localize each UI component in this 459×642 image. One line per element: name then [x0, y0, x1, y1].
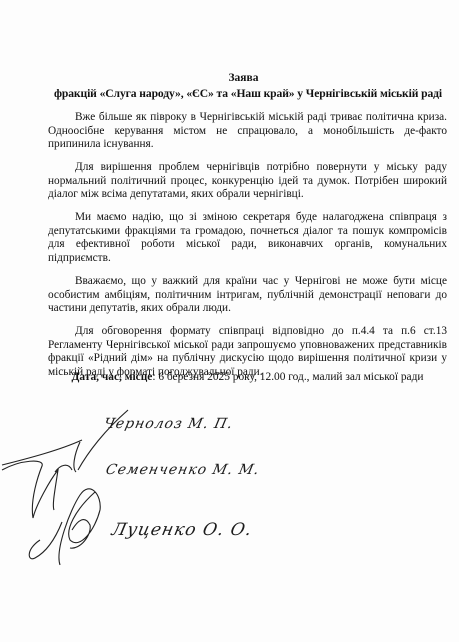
document-title: Заява [0, 71, 459, 85]
date-line-label: Дата, час, місце [71, 371, 152, 383]
signature-name-2: Семенченко М. М. [104, 462, 261, 478]
date-line-value: : 6 березня 2025 року, 12.00 год., малий… [152, 371, 423, 383]
signature-name-1: Чернолоз М. П. [102, 416, 234, 432]
document-subtitle: фракцій «Слуга народу», «ЄС» та «Наш кра… [48, 87, 448, 101]
paragraph-2: Для вирішення проблем чернігівців потріб… [48, 161, 447, 202]
paragraph-1: Вже більше як півроку в Чернігівській мі… [48, 111, 447, 152]
document-page: Заява фракцій «Слуга народу», «ЄС» та «Н… [0, 0, 459, 642]
signature-2-stroke [2, 461, 72, 518]
date-time-place: Дата, час, місце: 6 березня 2025 року, 1… [0, 370, 459, 384]
paragraph-4: Вважаємо, що у важкий для країни час у Ч… [48, 275, 447, 316]
paragraph-3: Ми маємо надію, що зі зміною секретаря б… [48, 211, 447, 266]
signatures-block: Чернолоз М. П. Семенченко М. М. Луценко … [0, 400, 459, 600]
signature-name-3: Луценко О. О. [110, 520, 254, 540]
